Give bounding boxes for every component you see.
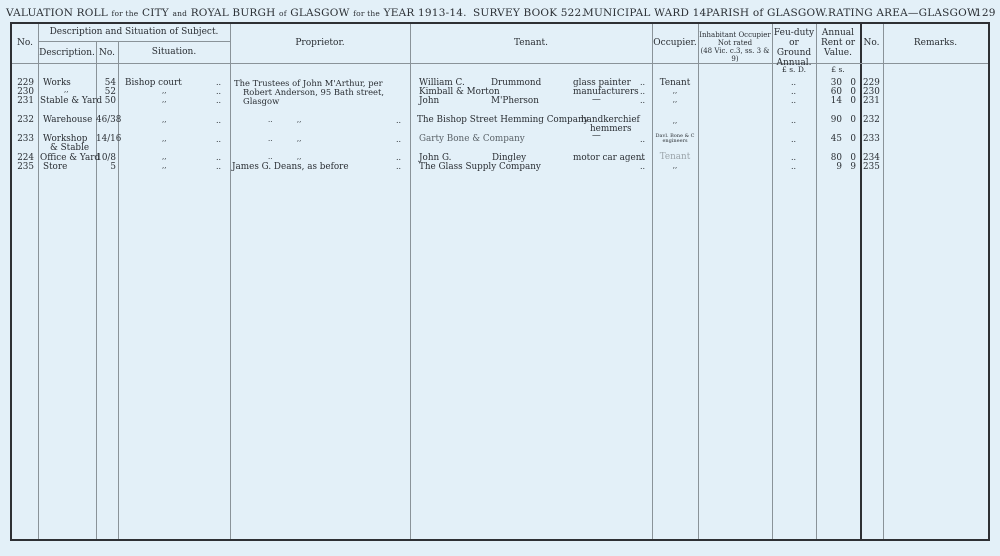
header-feu-duty: Feu-duty or Ground Annual. <box>772 28 816 68</box>
col-divider-thick <box>860 24 862 539</box>
header-number: No. <box>96 48 118 58</box>
header-rule <box>12 63 988 64</box>
header-inhabitant: Inhabitant Occupier Not rated (48 Vic. c… <box>698 31 772 63</box>
header-desc-group: Description and Situation of Subject. <box>38 27 230 37</box>
valuation-table: No. Description and Situation of Subject… <box>10 22 990 541</box>
col-divider <box>883 24 884 539</box>
page-number: 129 <box>975 7 996 19</box>
col-divider <box>410 24 411 539</box>
municipal-ward: MUNICIPAL WARD 14. <box>583 7 710 19</box>
col-divider <box>816 24 817 539</box>
col-divider <box>38 24 39 539</box>
header-no: No. <box>12 38 38 48</box>
feu-units: £ s. D. <box>772 65 816 75</box>
parish: PARISH of GLASGOW. <box>706 7 828 19</box>
col-divider <box>698 24 699 539</box>
header-occupier: Occupier. <box>652 38 698 48</box>
header-no-right: No. <box>860 38 883 48</box>
header-remarks: Remarks. <box>883 38 988 48</box>
header-description: Description. <box>38 48 96 58</box>
group-header-rule <box>38 41 230 42</box>
title-roll: VALUATION ROLL for the CITY and ROYAL BU… <box>6 7 467 19</box>
survey-book: SURVEY BOOK 522. <box>473 7 585 19</box>
col-divider <box>772 24 773 539</box>
header-annual-rent: Annual Rent or Value. <box>816 28 860 58</box>
header-proprietor: Proprietor. <box>230 38 410 48</box>
col-divider <box>230 24 231 539</box>
rating-area: RATING AREA—GLASGOW. <box>828 7 980 19</box>
page-title: VALUATION ROLL for the CITY and ROYAL BU… <box>0 5 1000 21</box>
header-situation: Situation. <box>118 47 230 57</box>
annual-units: £ s. <box>816 65 860 75</box>
header-tenant: Tenant. <box>410 38 652 48</box>
occupier-handwritten: Davl. Bone & C engineers <box>652 134 698 144</box>
